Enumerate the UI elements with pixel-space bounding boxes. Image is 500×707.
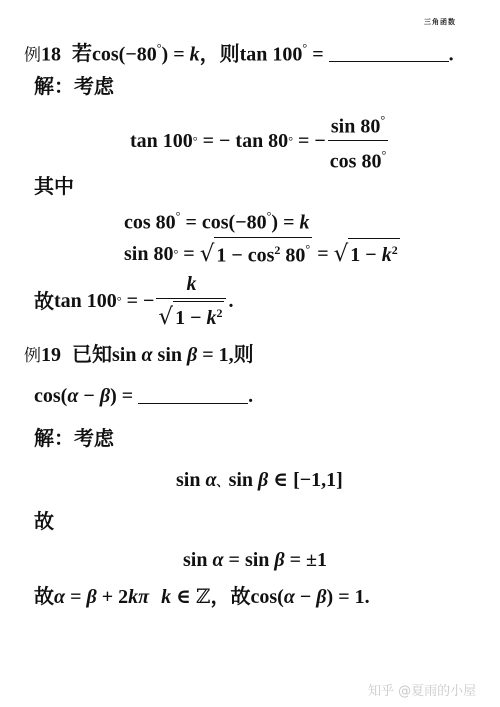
separator: 、	[217, 475, 229, 489]
exponent: 2	[216, 306, 222, 320]
variable-k: k	[128, 586, 138, 608]
period: .	[248, 385, 253, 407]
equation-sin80: sin 80° = √ 1 − cos2 80° = √ 1 − k2	[124, 237, 400, 266]
eq-mid: = − tan 80	[198, 129, 289, 153]
equation-range: sin α、sin β ∈ [−1,1]	[176, 468, 343, 494]
radical-icon: √	[334, 243, 349, 266]
problem-prefix: 若	[72, 41, 92, 65]
period: .	[449, 43, 454, 65]
sin: sin	[229, 469, 258, 491]
degree-symbol: °	[305, 242, 310, 256]
alpha-symbol: α	[141, 344, 152, 366]
sin: sin	[183, 549, 212, 571]
variable-k: k	[299, 211, 309, 233]
exponent: 2	[392, 243, 398, 257]
example-label: 例	[24, 45, 41, 65]
therefore-label: 故	[34, 289, 54, 313]
given-tail: ) =	[162, 43, 190, 65]
eq-left: sin 80	[124, 242, 173, 266]
minus: −	[295, 586, 316, 608]
equals-minus: = −	[122, 289, 155, 313]
therefore-label: 故	[34, 584, 54, 608]
fraction-denominator: cos 80	[330, 151, 382, 173]
asked-cos: cos(	[34, 385, 67, 407]
variable-k: k	[161, 586, 171, 608]
element-of: ∈	[171, 586, 196, 608]
chapter-header-tag: 三角函数	[424, 17, 456, 27]
where-label: 其中	[34, 170, 74, 199]
degree-symbol: °	[380, 113, 385, 127]
square-root: √ 1 − k2	[158, 301, 224, 329]
radicand: 1 − cos	[216, 244, 274, 266]
alpha-symbol: α	[205, 469, 216, 491]
equals: =	[65, 586, 86, 608]
example-19-question: cos(α − β) = .	[34, 384, 253, 408]
equation-cos80: cos 80° = cos(−80°) = k	[124, 204, 309, 234]
comma: ，	[200, 41, 220, 65]
beta-symbol: β	[100, 385, 110, 407]
eq-left: cos 80	[124, 211, 176, 233]
radicand: 1 −	[350, 244, 381, 266]
solution-label: 解：考虑	[34, 422, 114, 451]
given-expression: cos(−80	[92, 43, 157, 65]
degree-symbol: °	[381, 148, 386, 162]
plus-minus-one: = ±1	[285, 549, 327, 571]
therefore-label: 故	[34, 505, 54, 534]
therefore-label: 故	[230, 584, 250, 608]
conclusion-19: 故α = β + 2kπk ∈ ℤ，故cos(α − β) = 1.	[34, 584, 370, 609]
eq-mid-tail: = −	[293, 129, 326, 153]
alpha-symbol: α	[54, 586, 65, 608]
fraction-sin-over-cos: sin 80° cos 80°	[328, 108, 388, 174]
fraction-numerator: k	[184, 272, 198, 298]
eq-mid: = cos(−80	[180, 211, 266, 233]
cos: cos(	[250, 586, 283, 608]
answer-blank	[329, 43, 449, 62]
sin: sin	[176, 469, 205, 491]
beta-symbol: β	[258, 469, 268, 491]
example-18-problem: 例18 若cos(−80°) = k，则tan 100° = .	[24, 36, 454, 67]
result: ) = 1.	[327, 586, 370, 608]
given-sin: sin	[153, 344, 187, 366]
then-label: 则	[234, 342, 254, 366]
answer-blank	[138, 385, 248, 404]
asked-tail: ) =	[110, 385, 138, 407]
variable-k: k	[382, 244, 392, 266]
alpha-symbol: α	[212, 549, 223, 571]
radical-icon: √	[158, 306, 173, 329]
equation-plus-minus: sin α = sin β = ±1	[183, 548, 327, 572]
eq-left: tan 100	[130, 129, 193, 153]
alpha-symbol: α	[67, 385, 78, 407]
plus-two: + 2	[97, 586, 128, 608]
given-sin: sin	[112, 344, 141, 366]
example-number: 18	[41, 43, 61, 65]
problem-prefix: 已知	[72, 342, 112, 366]
beta-symbol: β	[187, 344, 197, 366]
variable-k: k	[190, 43, 200, 65]
integers-symbol: ℤ	[196, 586, 211, 608]
pi-symbol: π	[138, 586, 149, 608]
square-root-2: √ 1 − k2	[334, 238, 400, 266]
minus: −	[78, 385, 99, 407]
fraction-numerator: sin 80	[331, 115, 380, 137]
watermark: 知乎 @夏雨的小屋	[368, 680, 476, 699]
asked-expression: tan 100	[240, 43, 303, 65]
period: .	[228, 289, 233, 313]
asked-tail: =	[307, 43, 328, 65]
then-label: 则	[220, 41, 240, 65]
beta-symbol: β	[86, 586, 96, 608]
radicand-tail: 80	[280, 244, 305, 266]
beta-symbol: β	[274, 549, 284, 571]
range: ∈ [−1,1]	[268, 469, 343, 491]
equals: =	[178, 242, 199, 266]
equation-tan100: tan 100° = − tan 80° = − sin 80° cos 80°	[130, 108, 390, 174]
example-label: 例	[24, 346, 41, 366]
square-root-1: √ 1 − cos2 80°	[200, 237, 313, 266]
given-tail: = 1,	[197, 344, 233, 366]
eq-mid-tail: ) =	[271, 211, 299, 233]
beta-symbol: β	[316, 586, 326, 608]
fraction-k-over-sqrt: k √ 1 − k2	[156, 272, 226, 330]
eq-left: tan 100	[54, 289, 117, 313]
solution-label: 解：考虑	[34, 70, 114, 99]
alpha-symbol: α	[284, 586, 295, 608]
conclusion-18: 故 tan 100° = − k √ 1 − k2 .	[34, 272, 233, 330]
radicand: 1 −	[175, 307, 206, 329]
radical-icon: √	[200, 243, 215, 266]
equals-sin: = sin	[224, 549, 275, 571]
comma: ，	[210, 584, 230, 608]
example-number: 19	[41, 344, 61, 366]
variable-k: k	[206, 307, 216, 329]
example-19-problem: 例19 已知sin α sin β = 1,则	[24, 342, 254, 368]
equals: =	[312, 242, 333, 266]
